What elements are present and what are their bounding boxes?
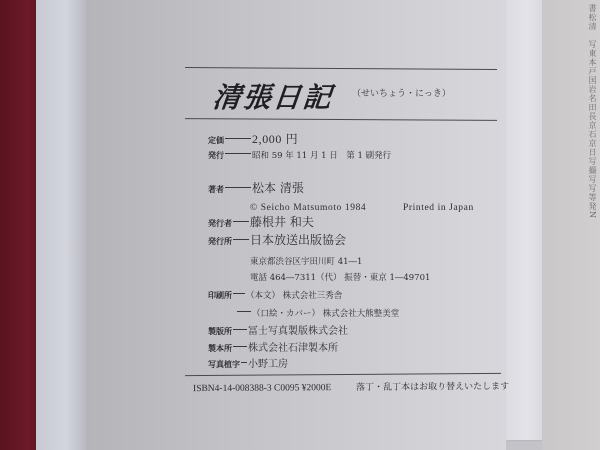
page-stack-edge: [36, 0, 86, 450]
publisher-person-row: 発行者藤根井 和夫: [208, 211, 314, 230]
typesetting-row: 写真植字小野工房: [208, 352, 288, 371]
publisher-phone: 電話 464―7311（代） 振替・東京 1―49701: [250, 273, 430, 283]
publisher-phone-row: 電話 464―7311（代） 振替・東京 1―49701: [250, 265, 430, 284]
adjacent-page: 書松清 写東本戸国岩名田長京石京日写撮写写等発N: [542, 0, 600, 450]
publisher-person-value: 藤根井 和夫: [250, 215, 314, 229]
author-row: 著者松本 清張: [208, 177, 304, 196]
isbn-text: ISBN4-14-008388-3 C0095 ¥2000E: [193, 383, 331, 394]
printer-line2: （口絵・カバー） 株式会社大熊整美堂: [252, 309, 399, 319]
book-title: 清張日記: [211, 76, 335, 116]
publisher-label: 発行所: [208, 237, 232, 246]
leader-dash: [225, 153, 251, 154]
flyleaf-page: [506, 0, 542, 440]
publisher-person-label: 発行者: [208, 219, 232, 228]
issue-value: 昭和 59 年 11 月 1 日 第 1 刷発行: [252, 151, 391, 161]
replacement-notice: 落丁・乱丁本はお取り替えいたします: [356, 382, 509, 393]
leader-dash: [225, 187, 251, 188]
author-value: 松本 清張: [252, 181, 304, 195]
printer-row-2: （口絵・カバー） 株式会社大熊整美堂: [236, 301, 399, 320]
author-label: 著者: [208, 185, 224, 194]
publisher-value: 日本放送出版協会: [250, 233, 346, 247]
typesetting-label: 写真植字: [208, 360, 240, 369]
adjacent-page-text: 書松清 写東本戸国岩名田長京石京日写撮写写等発N: [588, 4, 598, 254]
footer-row: ISBN4-14-008388-3 C0095 ¥2000E 落丁・乱丁本はお取…: [193, 379, 509, 394]
leader-dash: [233, 346, 247, 347]
printer-label: 印刷所: [208, 291, 232, 300]
plate-maker-label: 製版所: [208, 327, 232, 336]
book-cover-edge: [0, 0, 38, 450]
typesetting-value: 小野工房: [248, 359, 288, 370]
leader-dash: [233, 293, 245, 294]
printed-in-text: Printed in Japan: [403, 203, 474, 213]
leader-dash: [237, 311, 251, 312]
leader-dash: [233, 239, 249, 240]
leader-dash: [241, 362, 247, 363]
leader-dash: [233, 221, 249, 222]
publisher-row: 発行所日本放送出版協会: [208, 229, 346, 248]
printed-in-row: Printed in Japan: [403, 195, 474, 214]
printer-row: 印刷所（本文） 株式会社三秀舎: [208, 283, 342, 302]
printer-line1: （本文） 株式会社三秀舎: [246, 291, 342, 301]
issue-row: 発行昭和 59 年 11 月 1 日 第 1 刷発行: [208, 143, 391, 162]
leader-dash: [225, 138, 251, 139]
book-title-reading: （せいちょう・にっき）: [352, 86, 451, 99]
leader-dash: [233, 329, 247, 330]
issue-label: 発行: [208, 151, 224, 160]
